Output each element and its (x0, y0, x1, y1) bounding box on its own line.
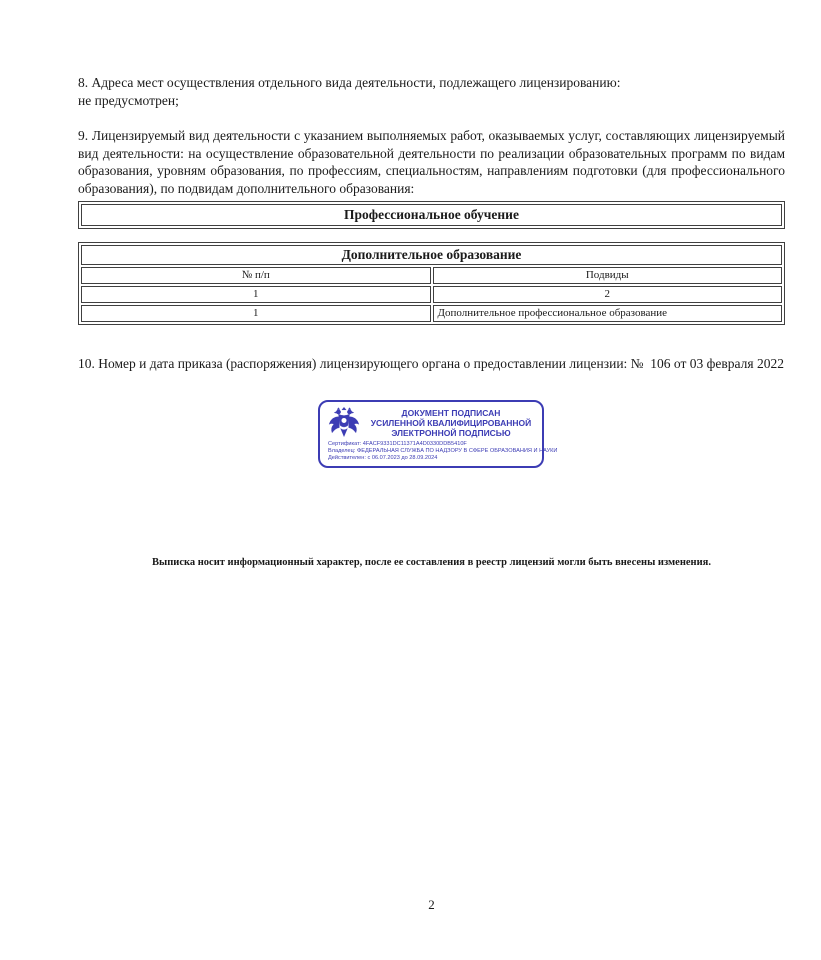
stamp-title-line2: УСИЛЕННОЙ КВАЛИФИЦИРОВАННОЙ (364, 418, 538, 428)
stamp-owner-line: Владелец: ФЕДЕРАЛЬНАЯ СЛУЖБА ПО НАДЗОРУ … (328, 448, 538, 455)
stamp-validity-line: Действителен: с 06.07.2023 до 28.09.2024 (328, 455, 538, 462)
digital-signature-stamp: ДОКУМЕНТ ПОДПИСАН УСИЛЕННОЙ КВАЛИФИЦИРОВ… (318, 400, 544, 468)
item-8-line1: 8. Адреса мест осуществления отдельного … (78, 75, 620, 90)
footer-note: Выписка носит информационный характер, п… (78, 556, 785, 569)
coat-of-arms-icon (327, 406, 361, 440)
page-number: 2 (78, 897, 785, 913)
stamp-certificate-info: Сертификат: 4FACF9331DC11371A4D0330DDB54… (328, 441, 538, 462)
table-numbering-row: 1 2 (81, 286, 782, 303)
additional-education-table: Дополнительное образование № п/п Подвиды… (78, 242, 785, 325)
table-row: Профессиональное обучение (81, 204, 782, 226)
item-10-paragraph: 10. Номер и дата приказа (распоряжения) … (78, 355, 785, 373)
numbering-cell: 1 (81, 286, 431, 303)
item-9-paragraph: 9. Лицензируемый вид деятельности с указ… (78, 127, 785, 197)
stamp-title-line3: ЭЛЕКТРОННОЙ ПОДПИСЬЮ (364, 428, 538, 438)
additional-education-title: Дополнительное образование (81, 245, 782, 265)
table-header-row: № п/п Подвиды (81, 267, 782, 284)
column-header-number: № п/п (81, 267, 431, 284)
stamp-title: ДОКУМЕНТ ПОДПИСАН УСИЛЕННОЙ КВАЛИФИЦИРОВ… (364, 408, 538, 438)
license-extract-content: 8. Адреса мест осуществления отдельного … (78, 74, 785, 569)
item-8-line2: не предусмотрен; (78, 93, 179, 108)
professional-training-table: Профессиональное обучение (78, 201, 785, 229)
stamp-certificate-line: Сертификат: 4FACF9331DC11371A4D0330DDB54… (328, 441, 538, 448)
stamp-title-line1: ДОКУМЕНТ ПОДПИСАН (364, 408, 538, 418)
table-row: 1 Дополнительное профессиональное образо… (81, 305, 782, 322)
column-header-subtypes: Подвиды (433, 267, 783, 284)
numbering-cell: 2 (433, 286, 783, 303)
row-number-cell: 1 (81, 305, 431, 322)
professional-training-title: Профессиональное обучение (81, 204, 782, 226)
document-page: 8. Адреса мест осуществления отдельного … (0, 0, 821, 960)
table-row: Дополнительное образование (81, 245, 782, 265)
item-8-paragraph: 8. Адреса мест осуществления отдельного … (78, 74, 785, 109)
row-subtype-cell: Дополнительное профессиональное образова… (433, 305, 783, 322)
